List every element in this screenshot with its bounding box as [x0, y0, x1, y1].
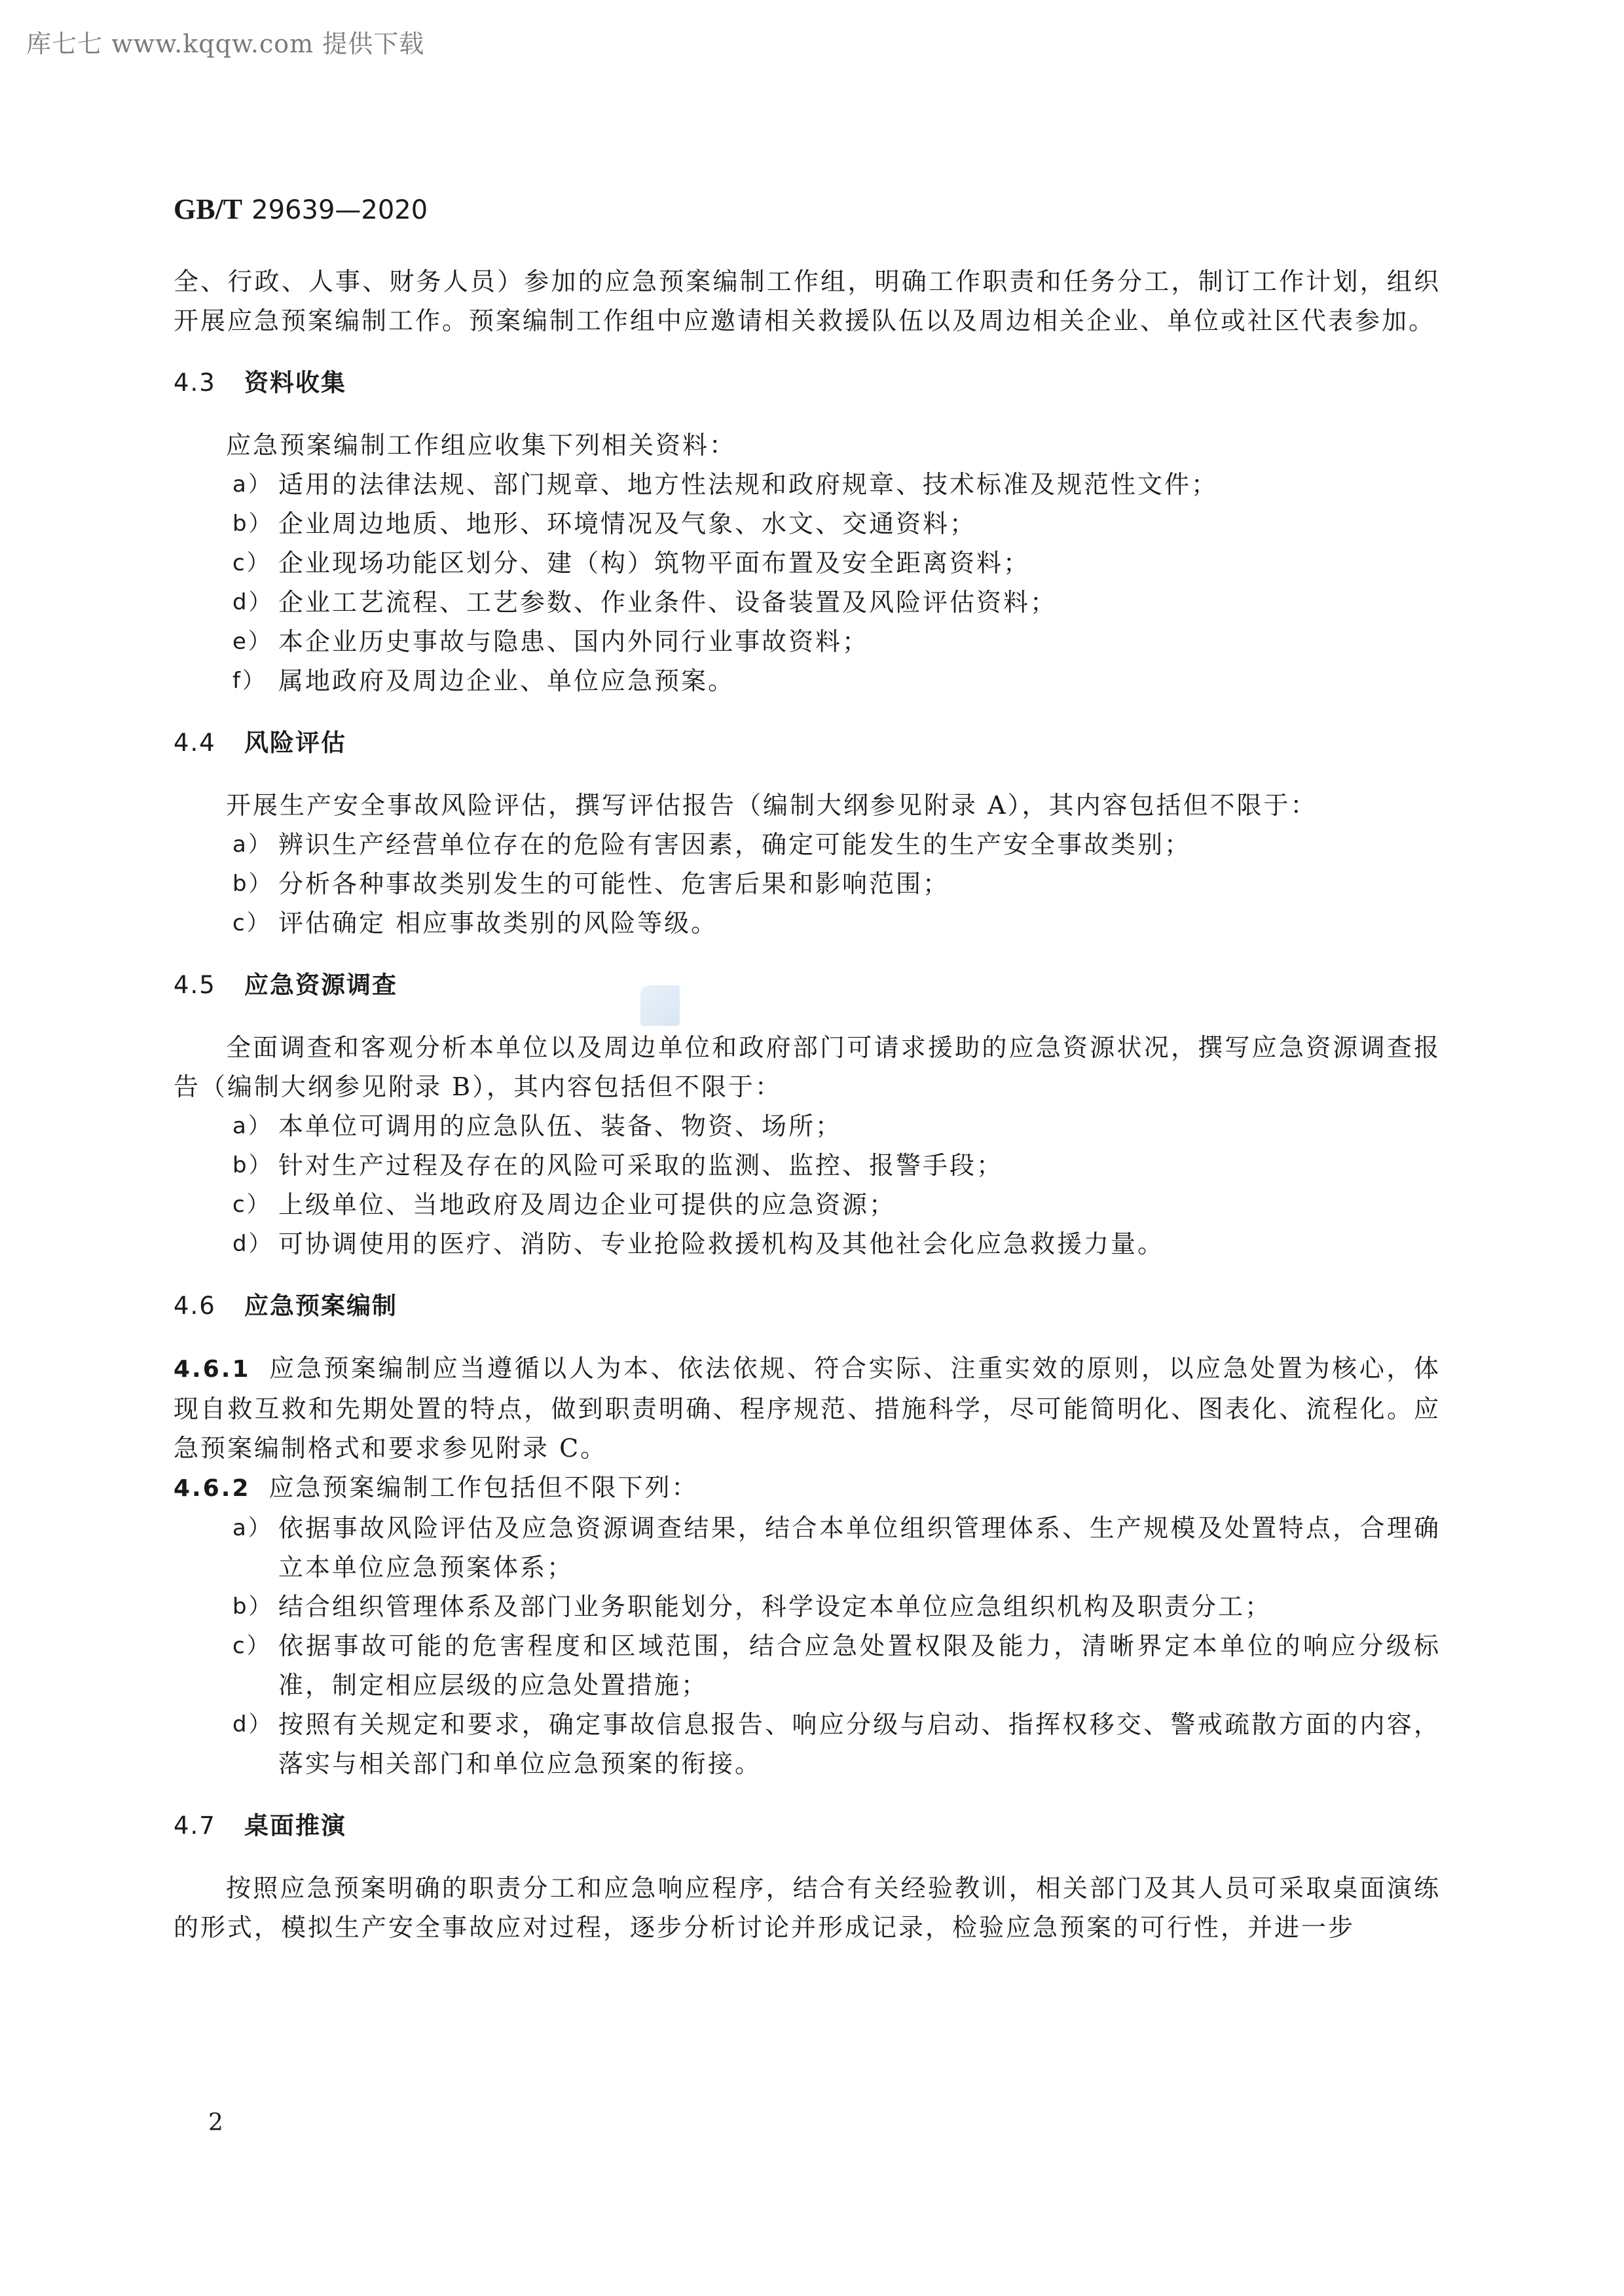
- section-heading-4-4: 4.4风险评估: [174, 725, 1441, 761]
- section-heading-4-5: 4.5应急资源调查: [174, 967, 1441, 1004]
- list-item: b）分析各种事故类别发生的可能性、危害后果和影响范围；: [232, 864, 1441, 903]
- list-item: f）属地政府及周边企业、单位应急预案。: [232, 661, 1441, 701]
- section-lead: 开展生产安全事故风险评估，撰写评估报告（编制大纲参见附录 A），其内容包括但不限…: [174, 786, 1441, 825]
- section-lead: 全面调查和客观分析本单位以及周边单位和政府部门可请求援助的应急资源状况，撰写应急…: [174, 1028, 1441, 1106]
- list-item: a）适用的法律法规、部门规章、地方性法规和政府规章、技术标准及规范性文件；: [232, 465, 1441, 504]
- clause-4-6-1: 4.6.1应急预案编制应当遵循以人为本、依法依规、符合实际、注重实效的原则，以应…: [174, 1349, 1441, 1468]
- list-item: c）评估确定 相应事故类别的风险等级。: [232, 903, 1441, 943]
- continued-paragraph: 全、行政、人事、财务人员）参加的应急预案编制工作组，明确工作职责和任务分工，制订…: [174, 262, 1441, 340]
- section-heading-4-6: 4.6应急预案编制: [174, 1288, 1441, 1324]
- section-lead: 应急预案编制工作组应收集下列相关资料：: [174, 426, 1441, 465]
- page-number: 2: [208, 2109, 223, 2136]
- list-item: b）结合组织管理体系及部门业务职能划分，科学设定本单位应急组织机构及职责分工；: [232, 1587, 1441, 1626]
- list-item: a）本单位可调用的应急队伍、装备、物资、场所；: [232, 1106, 1441, 1146]
- list-item: c）依据事故可能的危害程度和区域范围，结合应急处置权限及能力，清晰界定本单位的响…: [232, 1626, 1441, 1705]
- list-item: e）本企业历史事故与隐患、国内外同行业事故资料；: [232, 622, 1441, 661]
- standard-prefix: GB/T: [174, 193, 242, 225]
- clause-4-6-2: 4.6.2应急预案编制工作包括但不限下列：: [174, 1468, 1441, 1508]
- list-item: a）辨识生产经营单位存在的危险有害因素，确定可能发生的生产安全事故类别；: [232, 825, 1441, 864]
- standard-number: 29639—2020: [251, 195, 428, 225]
- site-watermark: 库七七 www.kqqw.com 提供下载: [26, 24, 424, 60]
- section-heading-4-3: 4.3资料收集: [174, 365, 1441, 401]
- standard-code-header: GB/T29639—2020: [174, 193, 428, 227]
- list-item: a）依据事故风险评估及应急资源调查结果，结合本单位组织管理体系、生产规模及处置特…: [232, 1508, 1441, 1587]
- list-item: b）企业周边地质、地形、环境情况及气象、水文、交通资料；: [232, 504, 1441, 543]
- list-item: c）上级单位、当地政府及周边企业可提供的应急资源；: [232, 1185, 1441, 1224]
- section-lead: 按照应急预案明确的职责分工和应急响应程序，结合有关经验教训，相关部门及其人员可采…: [174, 1868, 1441, 1947]
- list-item: d）企业工艺流程、工艺参数、作业条件、设备装置及风险评估资料；: [232, 583, 1441, 622]
- section-heading-4-7: 4.7桌面推演: [174, 1808, 1441, 1844]
- list-item: d）按照有关规定和要求，确定事故信息报告、响应分级与启动、指挥权移交、警戒疏散方…: [232, 1705, 1441, 1783]
- list-item: b）针对生产过程及存在的风险可采取的监测、监控、报警手段；: [232, 1146, 1441, 1185]
- list-item: c）企业现场功能区划分、建（构）筑物平面布置及安全距离资料；: [232, 543, 1441, 583]
- document-body: 全、行政、人事、财务人员）参加的应急预案编制工作组，明确工作职责和任务分工，制订…: [174, 262, 1441, 1947]
- list-item: d）可协调使用的医疗、消防、专业抢险救援机构及其他社会化应急救援力量。: [232, 1224, 1441, 1264]
